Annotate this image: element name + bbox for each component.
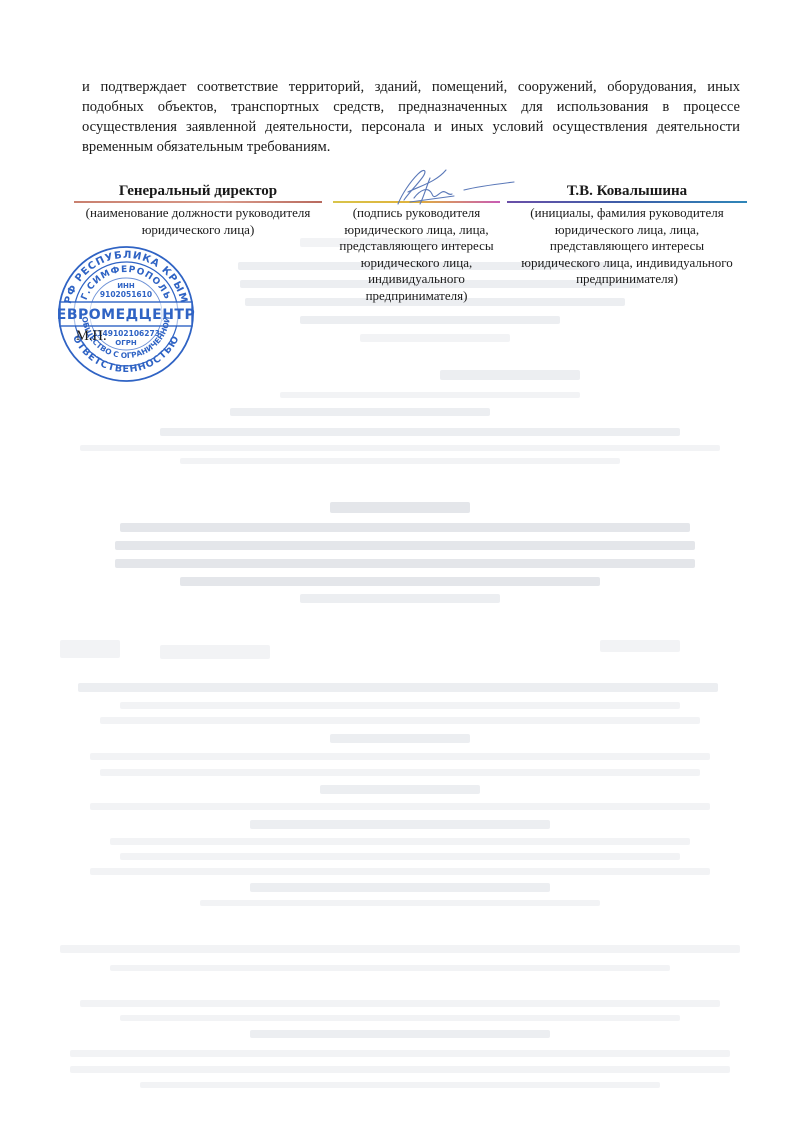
compliance-paragraph: и подтверждает соответствие территорий, … <box>82 77 740 157</box>
position-caption: (наименование должности руководителя юри… <box>74 205 322 238</box>
stamp-inn: 9102051610 <box>100 290 152 299</box>
stamp-inn-label: ИНН <box>117 282 135 290</box>
name-caption: (инициалы, фамилия руководителя юридичес… <box>507 205 747 288</box>
signature-caption: (подпись руководителя юридического лица,… <box>333 205 500 304</box>
document-page: и подтверждает соответствие территорий, … <box>0 0 800 1130</box>
name-field: Т.В. Ковалышина (инициалы, фамилия руков… <box>507 182 747 288</box>
handwritten-signature <box>380 164 520 210</box>
name-value: Т.В. Ковалышина <box>507 182 747 200</box>
stamp-company: "ЕВРОМЕДЦЕНТР" <box>56 307 196 323</box>
seal-label: М.П. <box>76 328 107 345</box>
stamp-ogrn-label: ОГРН <box>115 339 137 347</box>
position-field: Генеральный директор (наименование должн… <box>74 182 322 238</box>
position-underline <box>74 201 322 203</box>
name-underline <box>507 201 747 203</box>
company-stamp: РФ РЕСПУБЛИКА КРЫМ Г.СИМФЕРОПОЛЬ ИНН 910… <box>56 244 196 384</box>
position-value: Генеральный директор <box>74 182 322 200</box>
